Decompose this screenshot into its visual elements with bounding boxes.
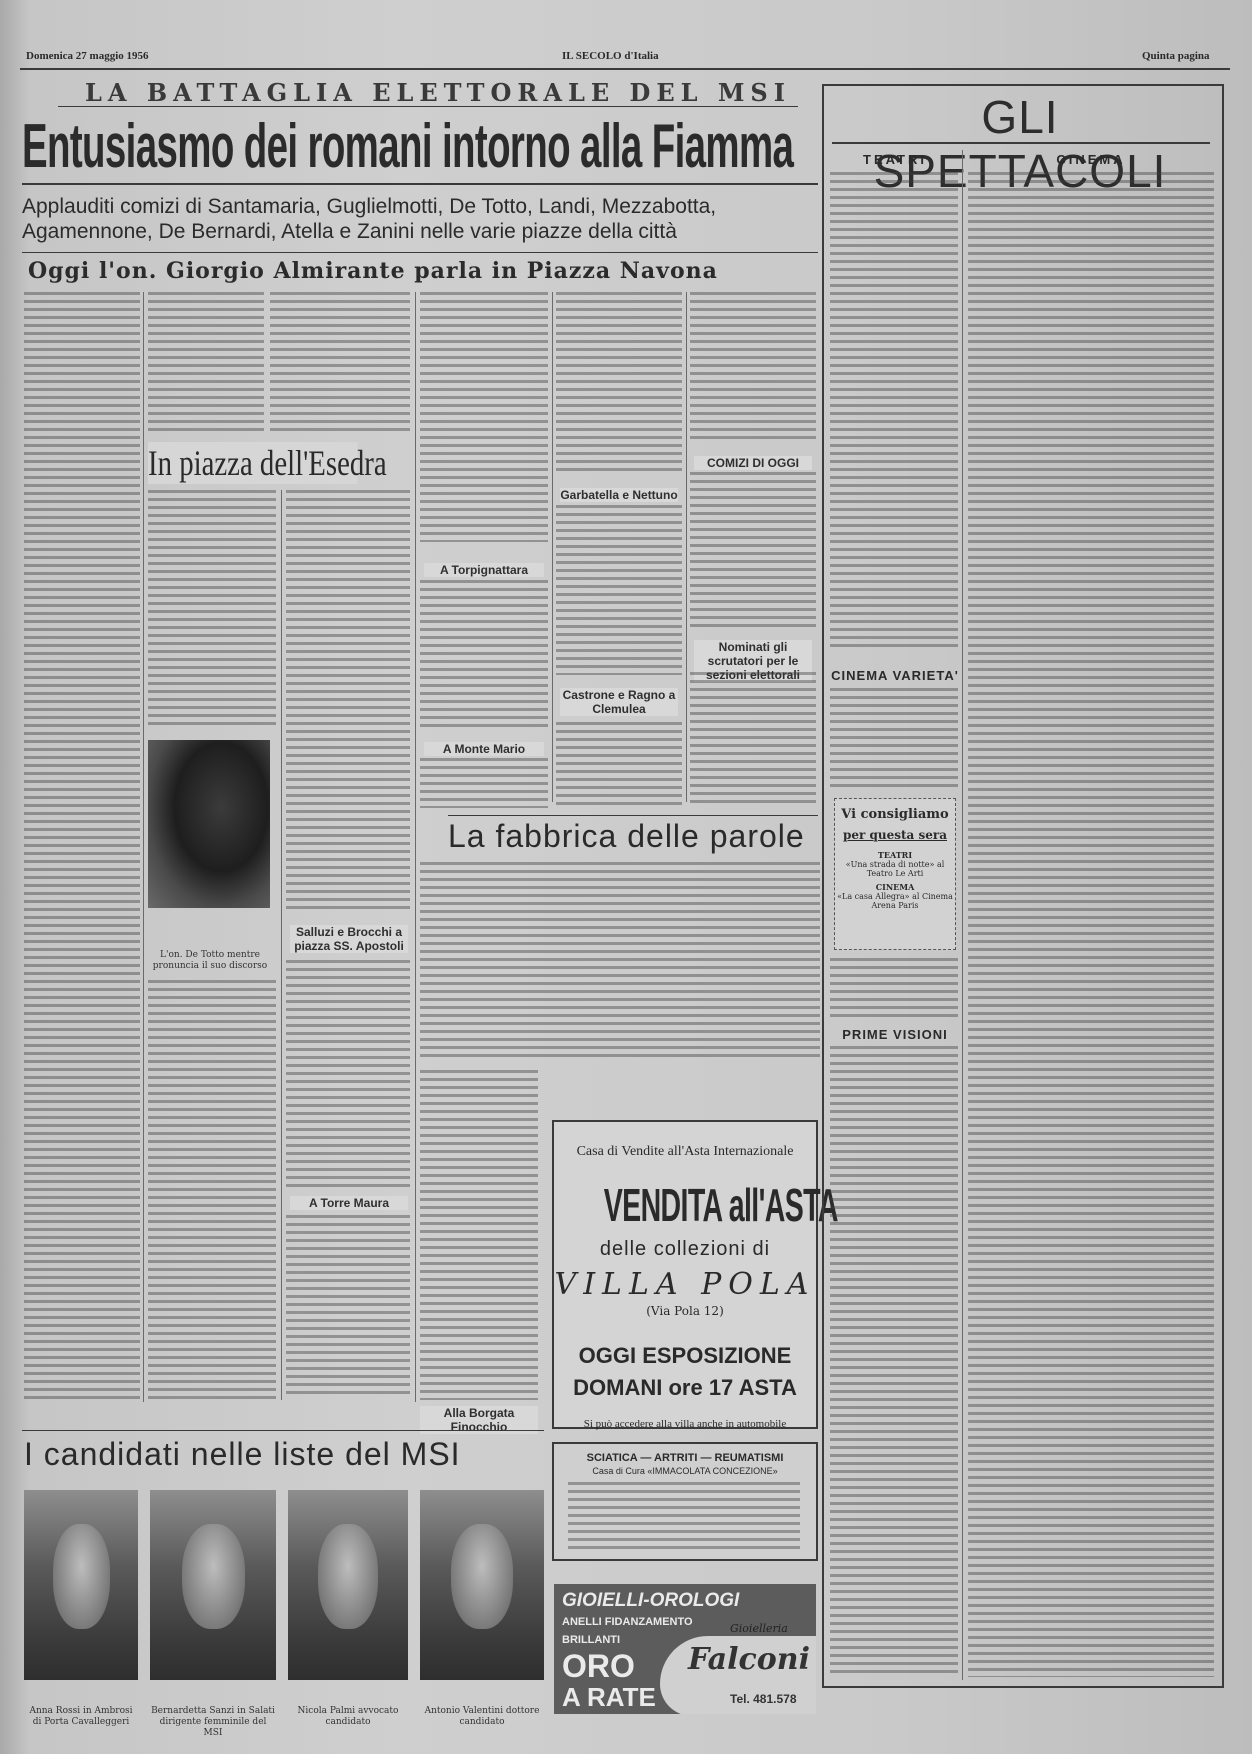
recommendations-box: Vi consigliamo per questa sera TEATRI «U… <box>834 798 956 950</box>
section-heading-esedra: In piazza dell'Esedra <box>148 442 358 484</box>
varieta-listings-lower <box>830 958 958 1018</box>
column-divider <box>281 490 282 1400</box>
article-column-2-top <box>148 292 264 432</box>
column-divider <box>415 292 416 1402</box>
auction-address: (Via Pola 12) <box>554 1304 816 1318</box>
section-heading-garbatella: Garbatella e Nettuno <box>560 488 678 502</box>
fabbrica-article-lower <box>420 1070 538 1400</box>
section-heading-fabbrica: La fabbrica delle parole <box>448 818 820 855</box>
medical-body <box>568 1482 800 1552</box>
photo-caption: L'on. De Totto mentre pronuncia il suo d… <box>146 950 274 972</box>
recommendations-cinema: «La casa Allegra» al Cinema Arena Paris <box>835 892 955 910</box>
auction-line1: OGGI ESPOSIZIONE <box>579 1343 792 1368</box>
auction-advertisement: Casa di Vendite all'Asta Internazionale … <box>552 1120 818 1429</box>
section-heading-monte-mario: A Monte Mario <box>424 742 544 756</box>
recommendations-sub: per questa sera <box>835 828 955 842</box>
jewelry-brand-pre: Gioielleria <box>730 1622 788 1635</box>
spettacoli-rule <box>832 142 1210 144</box>
newspaper-page: Domenica 27 maggio 1956 IL SECOLO d'Ital… <box>0 0 1252 1754</box>
auction-sub: delle collezioni di <box>554 1238 816 1261</box>
article-column-4-lower <box>420 758 548 808</box>
candidate-caption-2: Bernardetta Sanzi in Salati dirigente fe… <box>150 1706 276 1739</box>
varieta-listings <box>830 688 958 788</box>
auction-footer: Si può accedere alla villa anche in auto… <box>554 1418 816 1430</box>
recommendations-title: Vi consigliamo <box>835 807 955 822</box>
candidate-caption-3: Nicola Palmi avvocato candidato <box>288 1706 408 1728</box>
article-column-3-mid <box>286 960 410 1190</box>
section-heading-castrone: Castrone e Ragno a Clemulea <box>560 688 678 716</box>
issue-date: Domenica 27 maggio 1956 <box>26 50 149 62</box>
candidate-caption-1: Anna Rossi in Ambrosi di Porta Cavallegg… <box>24 1706 138 1728</box>
auction-house: Casa di Vendite all'Asta Internazionale <box>554 1144 816 1160</box>
jewelry-brand-panel: Gioielleria Falconi Tel. 481.578 <box>660 1636 816 1714</box>
medical-advertisement: SCIATICA — ARTRITI — REUMATISMI Casa di … <box>552 1442 818 1561</box>
candidate-photo-1 <box>24 1490 138 1680</box>
prime-visioni-heading: PRIME VISIONI <box>830 1027 960 1042</box>
kicker: LA BATTAGLIA ELETTORALE DEL MSI <box>58 78 818 107</box>
medical-sub: Casa di Cura «IMMACOLATA CONCEZIONE» <box>554 1466 816 1476</box>
paper-name: IL SECOLO d'Italia <box>562 50 659 62</box>
auction-title: VENDITA all'ASTA <box>604 1178 766 1232</box>
jewelry-line1: ANELLI FIDANZAMENTO <box>562 1616 693 1628</box>
article-column-3-top <box>270 292 410 432</box>
article-column-3-lower <box>286 1215 410 1395</box>
candidate-photo-2 <box>150 1490 276 1680</box>
section-heading-comizi-oggi: COMIZI DI OGGI <box>694 456 812 470</box>
teatri-listings <box>830 172 958 652</box>
fabbrica-article <box>420 862 820 1062</box>
jewelry-big1: ORO <box>562 1648 635 1685</box>
candidate-photo-3 <box>288 1490 408 1680</box>
column-divider <box>686 292 687 802</box>
section-heading-salluzzi: Salluzi e Brocchi a piazza SS. Apostoli <box>290 925 408 953</box>
article-column-6-lower <box>690 672 816 807</box>
subheadline: Applauditi comizi di Santamaria, Gugliel… <box>22 194 822 244</box>
recommendations-cinema-label: CINEMA <box>835 882 955 892</box>
article-column-4-mid <box>420 580 548 730</box>
teatri-heading: TEATRI <box>830 152 960 167</box>
auction-line2: DOMANI ore 17 ASTA <box>573 1375 797 1400</box>
spettacoli-divider <box>962 150 963 1680</box>
kicker-rule <box>58 106 798 107</box>
article-column-2 <box>148 490 276 730</box>
auction-villa: VILLA POLA <box>554 1267 816 1302</box>
medical-title: SCIATICA — ARTRITI — REUMATISMI <box>554 1452 816 1464</box>
prime-visioni-listings <box>830 1046 958 1676</box>
column-divider <box>143 292 144 1402</box>
jewelry-advertisement: GIOIELLI-OROLOGI ANELLI FIDANZAMENTO BRI… <box>554 1584 816 1714</box>
article-column-5-lower <box>556 722 682 807</box>
cinema-heading: CINEMA <box>966 152 1216 167</box>
section-heading-torre-maura: A Torre Maura <box>290 1196 408 1210</box>
varieta-heading: CINEMA VARIETA' <box>830 668 960 683</box>
article-column-3 <box>286 490 410 910</box>
article-column-6 <box>690 292 816 442</box>
jewelry-line2: BRILLANTI <box>562 1634 620 1646</box>
recommendations-teatri-label: TEATRI <box>835 850 955 860</box>
candidate-caption-4: Antonio Valentini dottore candidato <box>420 1706 544 1728</box>
recommendations-teatri: «Una strada di notte» al Teatro Le Arti <box>835 860 955 878</box>
photo-de-totto <box>148 740 270 908</box>
column-divider <box>552 292 553 802</box>
article-column-2-lower <box>148 980 276 1400</box>
article-column-5-mid <box>556 505 682 675</box>
jewelry-big2: A RATE <box>562 1682 656 1713</box>
section-heading-torpignattara: A Torpignattara <box>424 563 544 577</box>
fabbrica-rule <box>448 815 818 816</box>
jewelry-title: GIOIELLI-OROLOGI <box>562 1590 739 1612</box>
cinema-listings <box>968 172 1214 1677</box>
article-column-6-mid <box>690 472 816 632</box>
headline-rule <box>22 183 818 185</box>
jewelry-brand: Falconi <box>688 1642 810 1677</box>
candidate-photo-4 <box>420 1490 544 1680</box>
article-column-5 <box>556 292 682 472</box>
article-column-1 <box>24 292 140 1402</box>
headline: Entusiasmo dei romani intorno alla Fiamm… <box>22 112 518 182</box>
jewelry-phone: Tel. 481.578 <box>730 1692 797 1706</box>
section-heading-candidati: I candidati nelle liste del MSI <box>24 1436 544 1473</box>
secondary-headline: Oggi l'on. Giorgio Almirante parla in Pi… <box>28 258 818 284</box>
candidati-rule <box>22 1430 544 1431</box>
subhead-rule <box>22 252 818 253</box>
masthead-rule <box>20 68 1230 70</box>
article-column-4 <box>420 292 548 542</box>
page-number: Quinta pagina <box>1142 50 1210 62</box>
